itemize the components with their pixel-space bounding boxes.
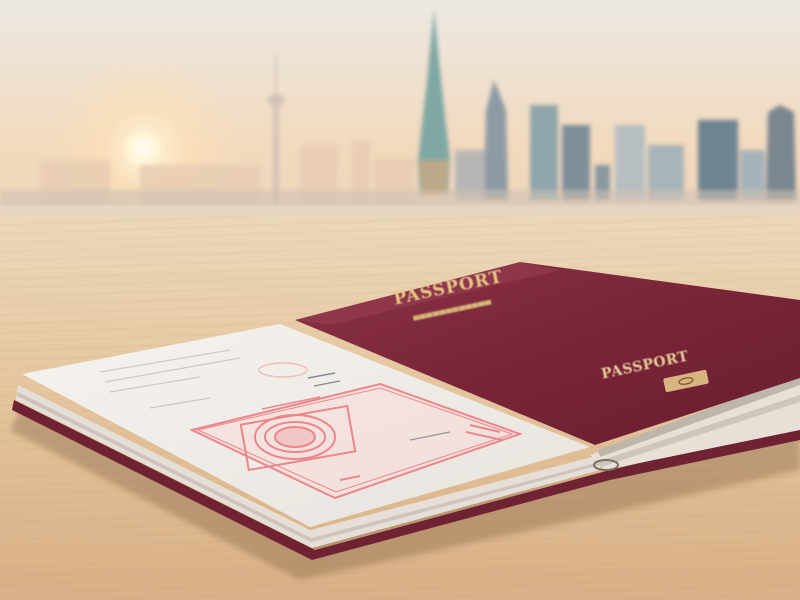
biometric-chip-icon: [664, 372, 708, 388]
photo-scene: PASSPORT ▄▄▄▄▄▄▄▄▄▄▄▄ PASSPORT: [0, 0, 800, 600]
